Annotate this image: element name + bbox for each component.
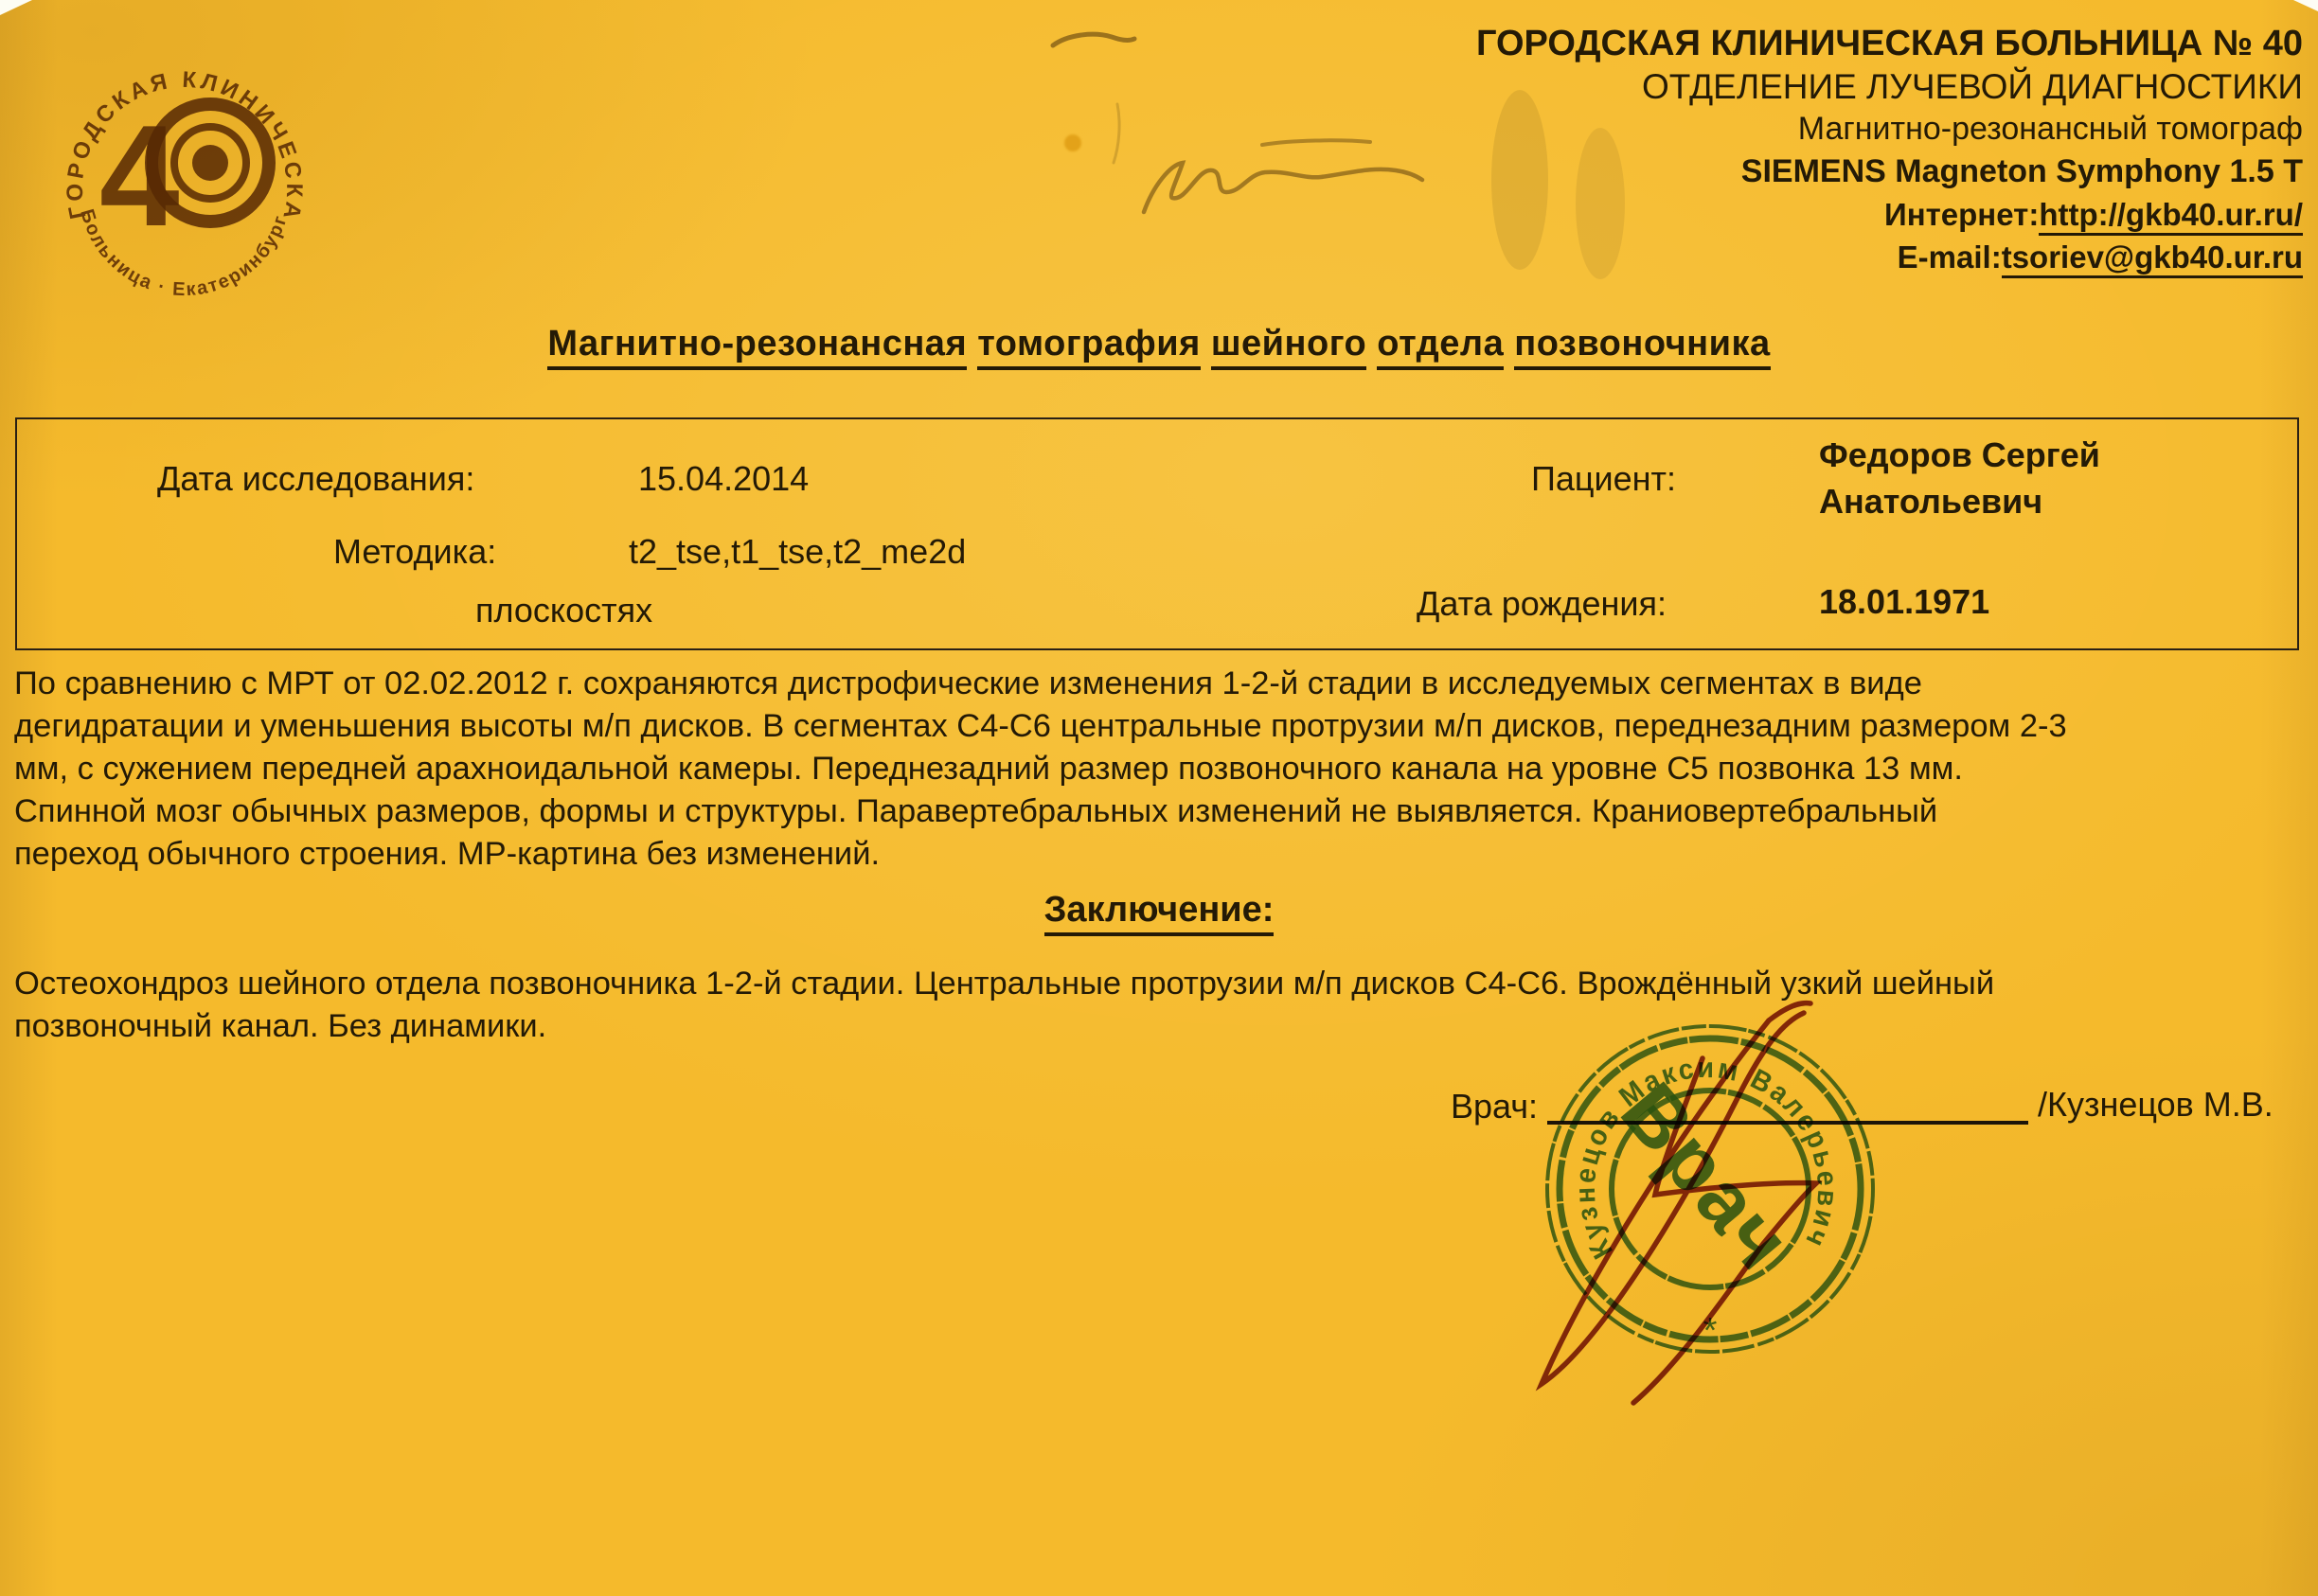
birth-date-label: Дата рождения: (1417, 584, 1667, 624)
findings-line: Спинной мозг обычных размеров, формы и с… (14, 793, 1937, 830)
equipment-model: SIEMENS Magneton Symphony 1.5 T (1476, 151, 2303, 193)
email-address: tsoriev@gkb40.ur.ru (2002, 239, 2303, 278)
conclusion-line: позвоночный канал. Без динамики. (14, 1008, 546, 1045)
findings-line: дегидратации и уменьшения высоты м/п дис… (14, 708, 2067, 745)
paper-stain (1064, 134, 1081, 151)
internet-line: Интернет:http://gkb40.ur.ru/ (1476, 193, 2303, 236)
study-date-value: 15.04.2014 (638, 459, 809, 499)
study-info-box: Дата исследования: 15.04.2014 Методика: … (15, 417, 2299, 650)
internet-url: http://gkb40.ur.ru/ (2039, 197, 2303, 236)
study-date-label: Дата исследования: (157, 459, 474, 499)
internet-label: Интернет: (1884, 197, 2039, 232)
doctor-name: /Кузнецов М.В. (2038, 1085, 2273, 1125)
email-line: E-mail:tsoriev@gkb40.ur.ru (1476, 236, 2303, 278)
planes-text: плоскостях (475, 591, 652, 630)
document-title: Магнитно-резонансная томография шейного … (0, 324, 2318, 364)
method-label: Методика: (333, 532, 496, 572)
method-value: t2_tse,t1_tse,t2_me2d (629, 532, 966, 572)
department-name: ОТДЕЛЕНИЕ ЛУЧЕВОЙ ДИАГНОСТИКИ (1476, 65, 2303, 108)
equipment-type: Магнитно-резонансный томограф (1476, 108, 2303, 151)
hospital-name: ГОРОДСКАЯ КЛИНИЧЕСКАЯ БОЛЬНИЦА № 40 (1476, 23, 2303, 65)
patient-name: Федоров Сергей Анатольевич (1819, 432, 2188, 524)
letterhead: ГОРОДСКАЯ КЛИНИЧЕСКАЯ БОЛЬНИЦА № 40 ОТДЕ… (1476, 23, 2303, 278)
patient-label: Пациент: (1531, 459, 1676, 499)
conclusion-heading: Заключение: (1044, 890, 1275, 936)
logo-center-dot (192, 145, 228, 181)
email-label: E-mail: (1898, 239, 2002, 275)
birth-date-value: 18.01.1971 (1819, 582, 1989, 622)
findings-line: По сравнению с МРТ от 02.02.2012 г. сохр… (14, 665, 1922, 702)
hospital-logo: ГОРОДСКАЯ КЛИНИЧЕСКАЯ Больница · Екатери… (47, 28, 322, 303)
conclusion-heading-row: Заключение: (0, 890, 2318, 931)
doctor-signature (1477, 984, 1894, 1439)
findings-line: мм, с сужением передней арахноидальной к… (14, 751, 1963, 788)
scanned-mri-report: ГОРОДСКАЯ КЛИНИЧЕСКАЯ Больница · Екатери… (0, 0, 2318, 1596)
findings-line: переход обычного строения. МР-картина бе… (14, 836, 880, 873)
